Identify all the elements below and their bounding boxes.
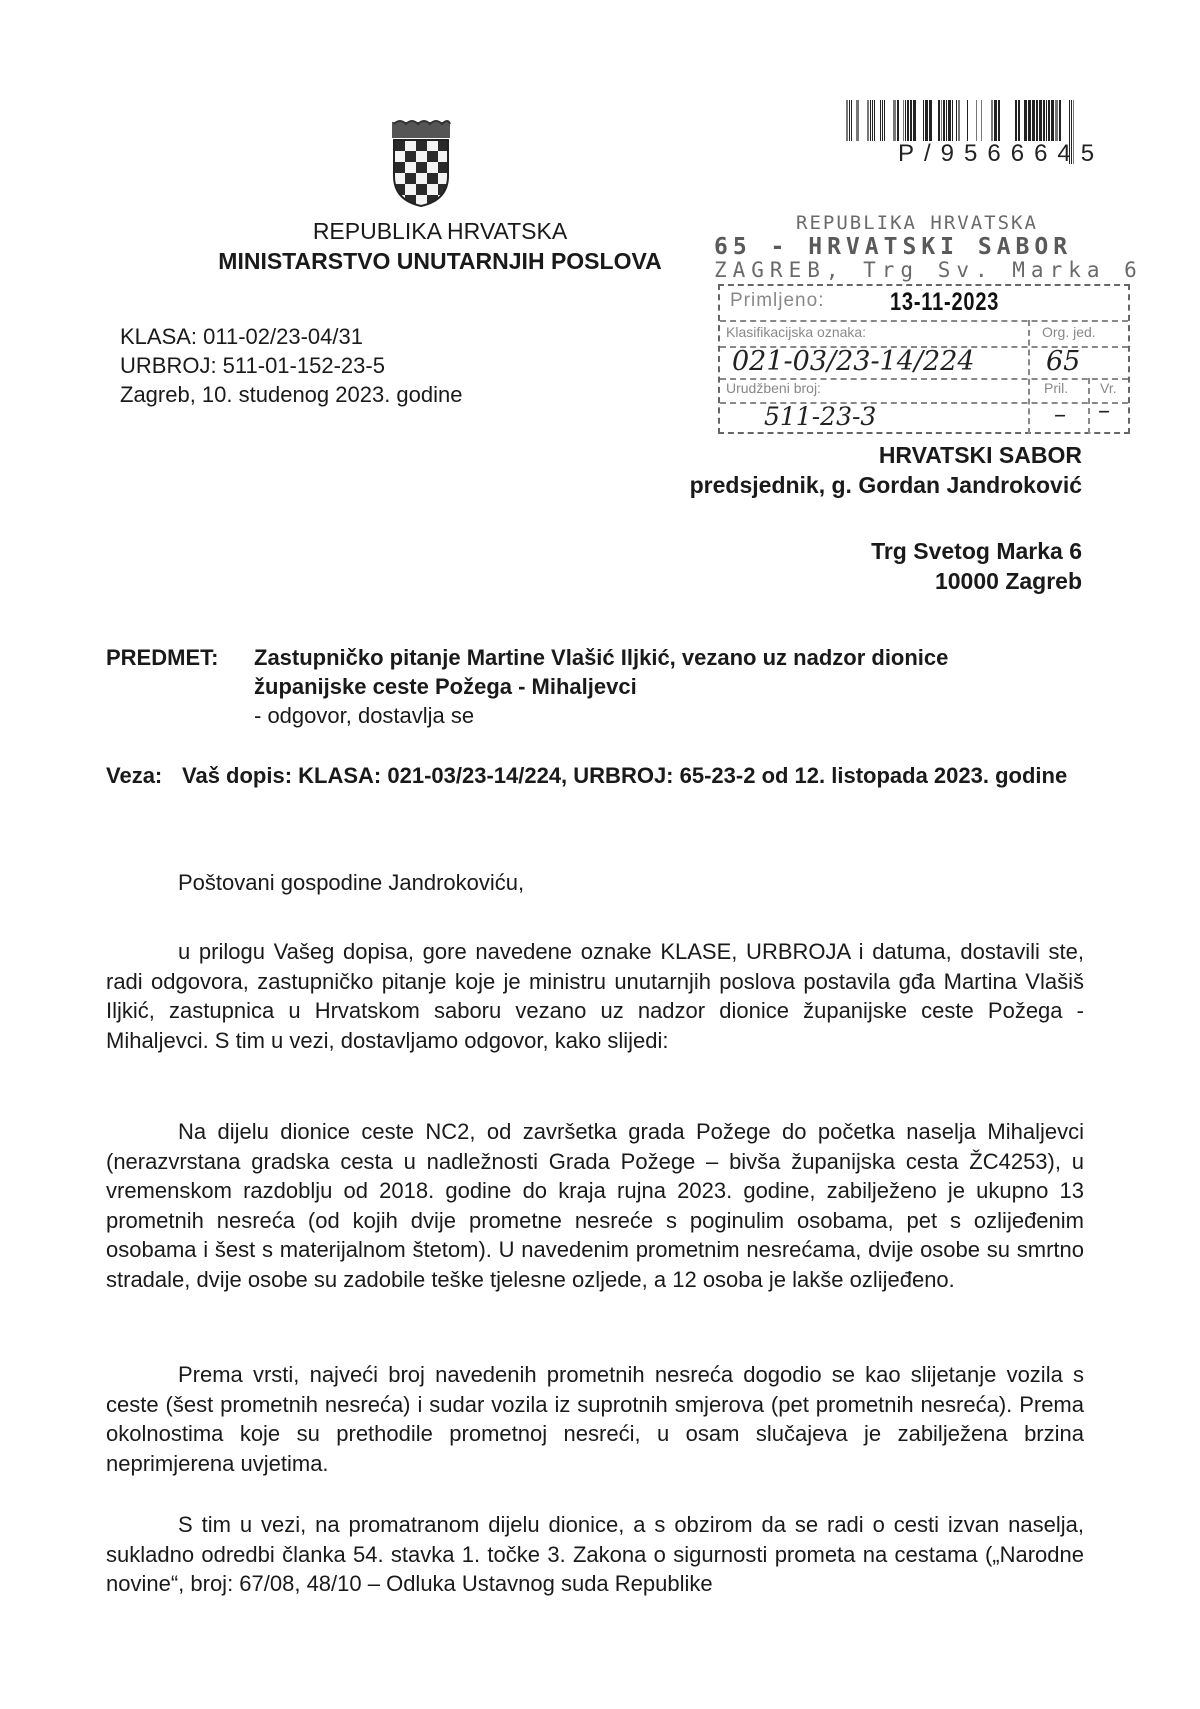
- barcode: P/9566645: [846, 100, 1086, 164]
- org-unit-value: 65: [1046, 346, 1080, 377]
- document-metadata: KLASA: 011-02/23-04/31 URBROJ: 511-01-15…: [120, 322, 463, 409]
- subject-text: Zastupničko pitanje Martine Vlašić Iljki…: [254, 643, 1094, 730]
- stamp-line-3: ZAGREB, Trg Sv. Marka 6: [714, 258, 1143, 282]
- salutation: Poštovani gospodine Jandrokoviću,: [178, 870, 524, 896]
- paragraph-text: Na dijelu dionice ceste NC2, od završetk…: [106, 1119, 1084, 1292]
- classification-label: Klasifikacijska oznaka:: [726, 324, 866, 340]
- recipient-institution: HRVATSKI SABOR: [690, 440, 1082, 470]
- registry-value: 511-23-3: [764, 402, 876, 431]
- subject-line-2: županijske ceste Požega - Mihaljevci: [254, 672, 1094, 701]
- subject-label: PREDMET:: [106, 643, 218, 672]
- attachments-value: –: [1054, 400, 1066, 428]
- recipient-address: Trg Svetog Marka 6 10000 Zagreb: [871, 536, 1082, 596]
- classification-value: 021-03/23-14/224: [732, 346, 975, 377]
- received-label: Primljeno:: [730, 290, 824, 312]
- registry-label: Urudžbeni broj:: [726, 380, 821, 396]
- attachments-label: Pril.: [1044, 380, 1068, 396]
- barcode-number: P/9566645: [846, 141, 1066, 167]
- body-paragraph: u prilogu Vašeg dopisa, gore navedene oz…: [106, 937, 1084, 1055]
- croatian-coat-of-arms-icon: [388, 118, 454, 208]
- recipient-city: 10000 Zagreb: [871, 566, 1082, 596]
- value-label: Vr.: [1100, 380, 1117, 396]
- reference-label: Veza:: [106, 761, 162, 790]
- klasa: KLASA: 011-02/23-04/31: [120, 322, 463, 351]
- body-paragraph: S tim u vezi, na promatranom dijelu dion…: [106, 1510, 1084, 1599]
- reference-text: Vaš dopis: KLASA: 021-03/23-14/224, URBR…: [182, 761, 1082, 790]
- value-value: –: [1098, 396, 1110, 424]
- recipient-person: predsjednik, g. Gordan Jandroković: [690, 470, 1082, 500]
- reception-stamp: Primljeno: 13-11-2023 Klasifikacijska oz…: [718, 284, 1130, 434]
- place-date: Zagreb, 10. studenog 2023. godine: [120, 380, 463, 409]
- recipient-street: Trg Svetog Marka 6: [871, 536, 1082, 566]
- paragraph-text: S tim u vezi, na promatranom dijelu dion…: [106, 1512, 1084, 1596]
- paragraph-text: u prilogu Vašeg dopisa, gore navedene oz…: [106, 939, 1084, 1053]
- paragraph-text: Prema vrsti, najveći broj navedenih prom…: [106, 1362, 1084, 1476]
- body-paragraph: Na dijelu dionice ceste NC2, od završetk…: [106, 1117, 1084, 1294]
- stamp-line-2: 65 - HRVATSKI SABOR: [714, 234, 1072, 260]
- subject-line-3: - odgovor, dostavlja se: [254, 701, 1094, 730]
- body-paragraph: Prema vrsti, najveći broj navedenih prom…: [106, 1360, 1084, 1478]
- received-date: 13-11-2023: [890, 288, 999, 317]
- sender-country: REPUBLIKA HRVATSKA: [180, 216, 700, 246]
- urbroj: URBROJ: 511-01-152-23-5: [120, 351, 463, 380]
- org-unit-label: Org. jed.: [1042, 324, 1096, 340]
- subject-line-1: Zastupničko pitanje Martine Vlašić Iljki…: [254, 643, 1094, 672]
- stamp-line-1: REPUBLIKA HRVATSKA: [796, 212, 1038, 234]
- recipient-block: HRVATSKI SABOR predsjednik, g. Gordan Ja…: [690, 440, 1082, 500]
- sender-ministry: MINISTARSTVO UNUTARNJIH POSLOVA: [180, 246, 700, 276]
